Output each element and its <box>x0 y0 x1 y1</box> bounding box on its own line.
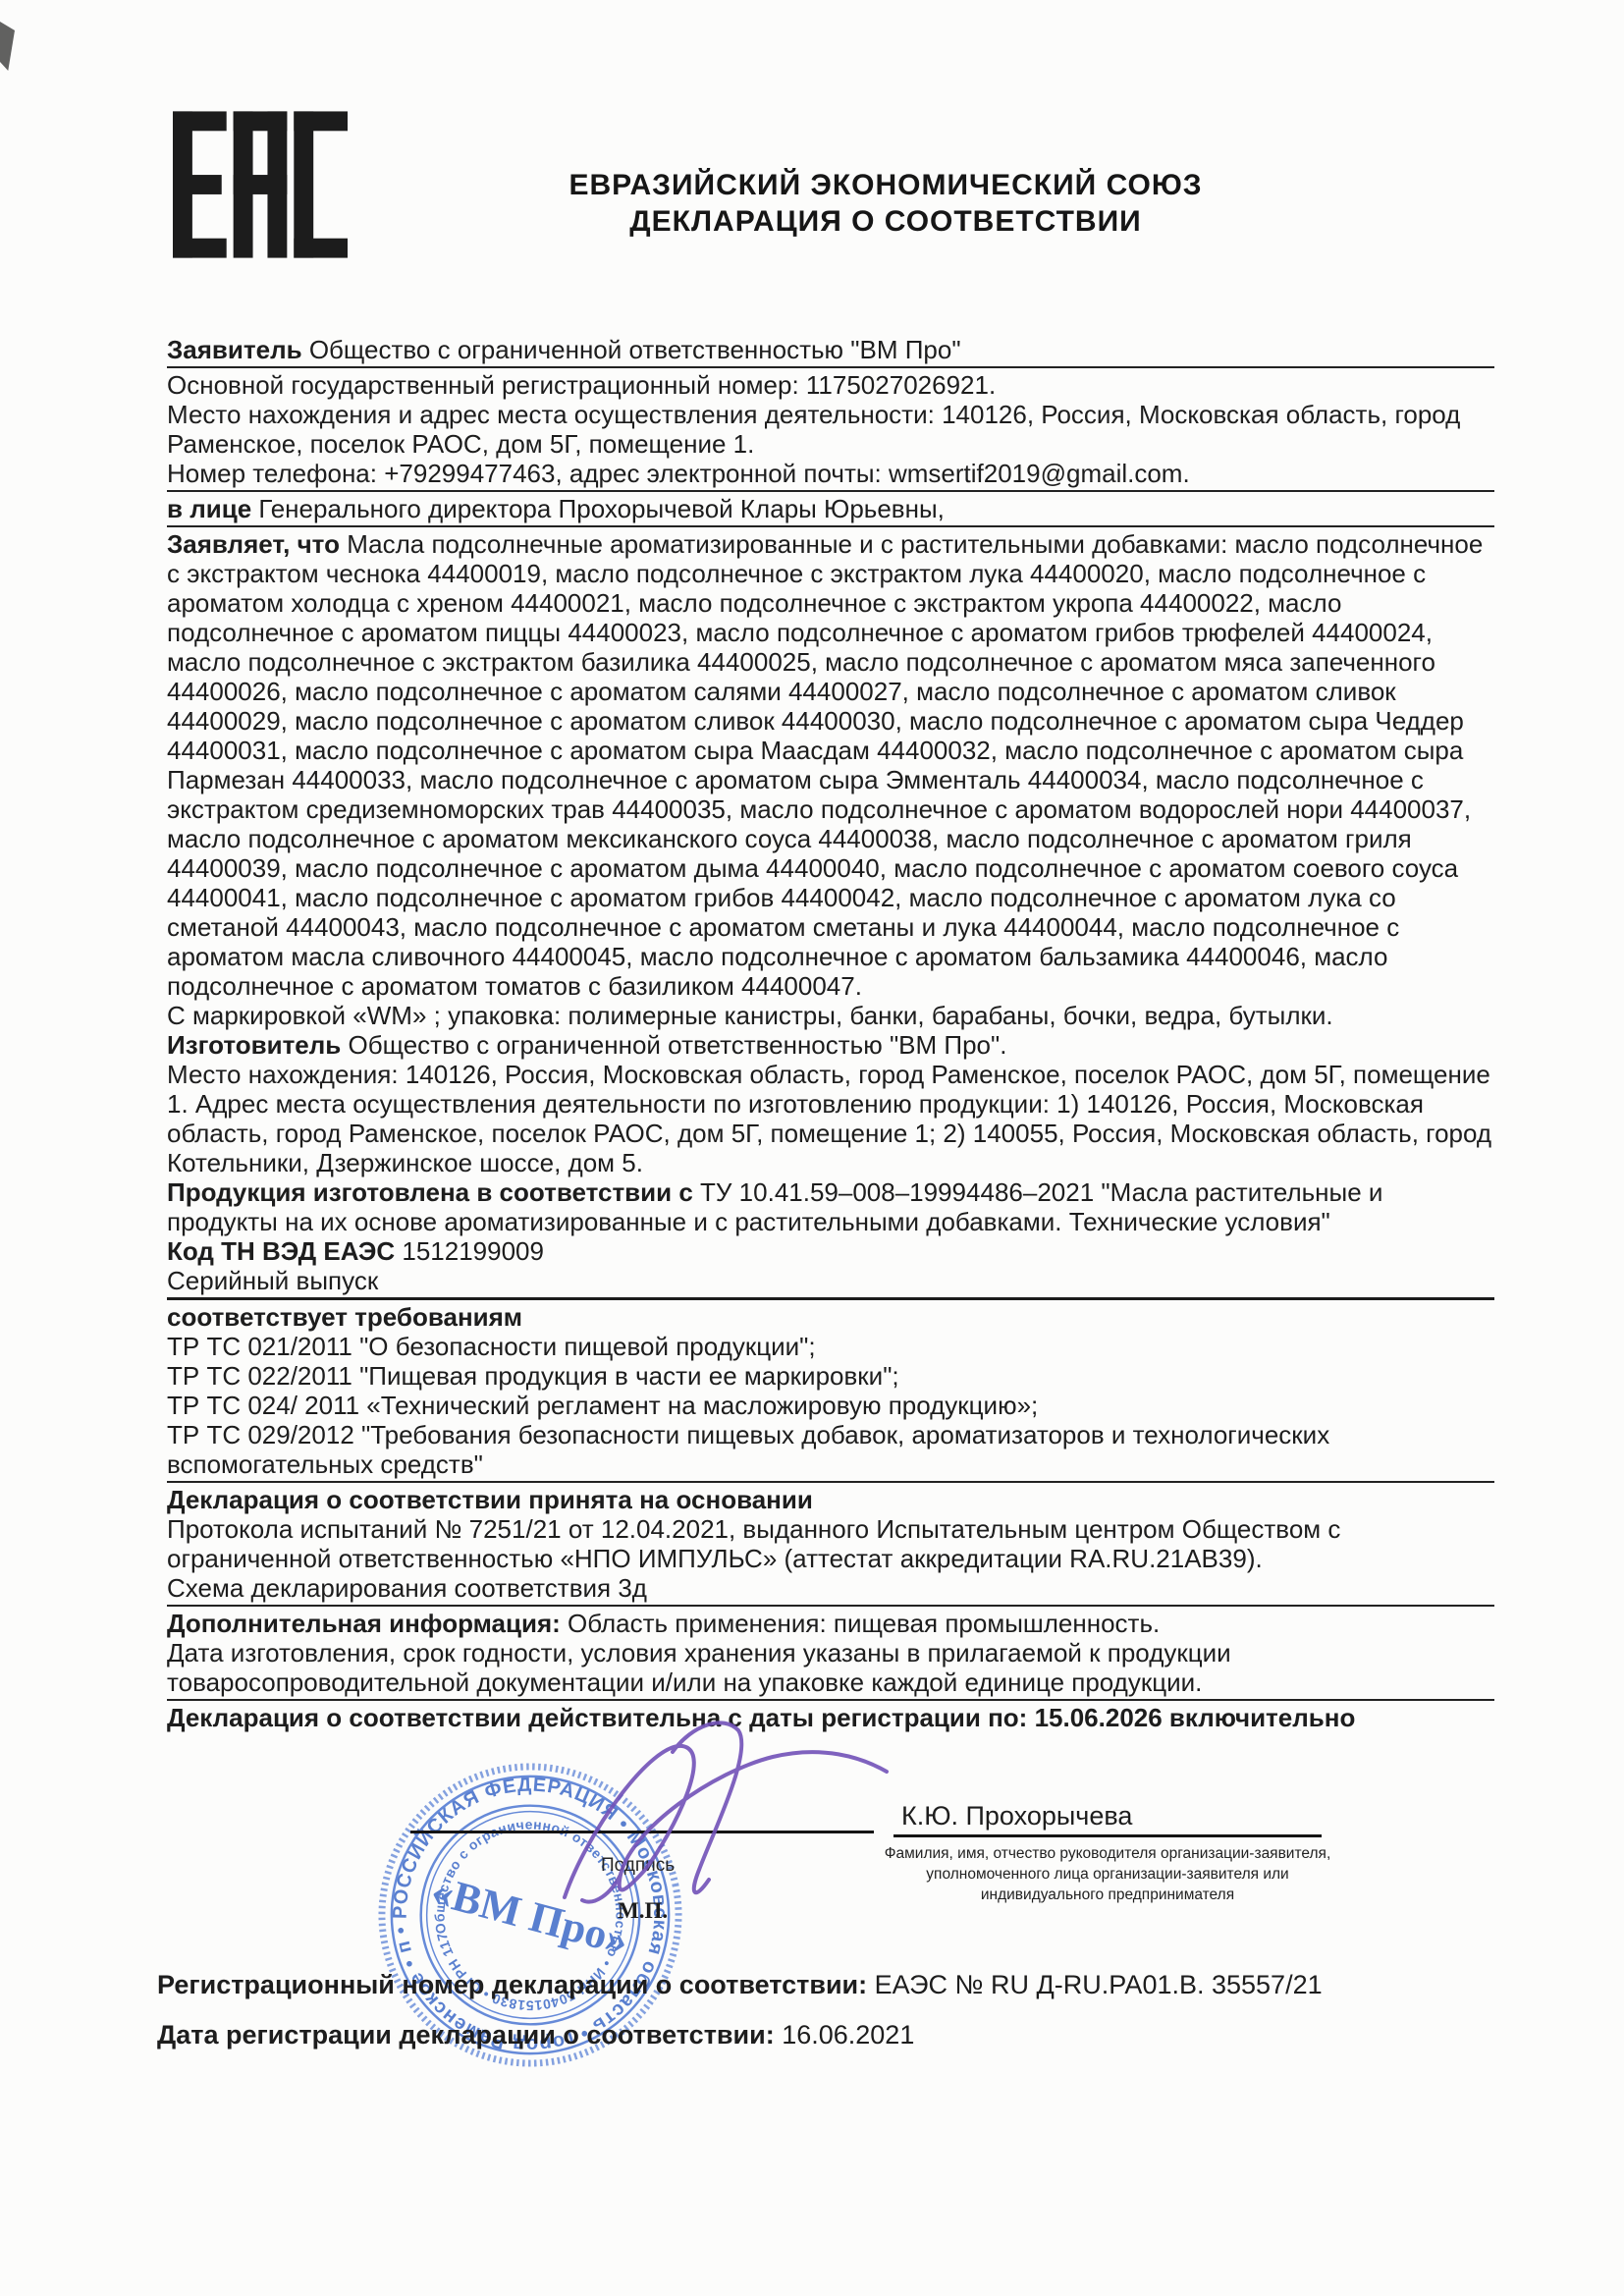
marking-line: С маркировкой «WM» ; упаковка: полимерны… <box>167 1001 1494 1030</box>
manufacturer-label: Изготовитель <box>167 1030 341 1060</box>
phone-email-line: Номер телефона: +79299477463, адрес элек… <box>167 459 1494 488</box>
declares-label: Заявляет, что <box>167 529 340 559</box>
handwritten-signature <box>525 1711 898 1917</box>
basis-text: Протокола испытаний № 7251/21 от 12.04.2… <box>167 1514 1494 1573</box>
document-title: ЕВРАЗИЙСКИЙ ЭКОНОМИЧЕСКИЙ СОЮЗ ДЕКЛАРАЦИ… <box>395 167 1377 240</box>
declaration-document-page: ЕВРАЗИЙСКИЙ ЭКОНОМИЧЕСКИЙ СОЮЗ ДЕКЛАРАЦИ… <box>0 0 1624 2296</box>
produced-per-label: Продукция изготовлена в соответствии с <box>167 1177 693 1207</box>
regulation-line: ТР ТС 029/2012 "Требования безопасности … <box>167 1420 1494 1479</box>
divider <box>167 490 1494 492</box>
produced-per-line: Продукция изготовлена в соответствии с Т… <box>167 1177 1494 1236</box>
signer-caption-line3: индивидуального предпринимателя <box>882 1885 1333 1905</box>
title-line-2: ДЕКЛАРАЦИЯ О СООТВЕТСТВИИ <box>395 203 1377 240</box>
ogrn-line: Основной государственный регистрационный… <box>167 370 1494 400</box>
scan-corner-artifact <box>0 22 15 71</box>
declares-paragraph: Заявляет, что Масла подсолнечные аромати… <box>167 529 1494 1001</box>
registration-date-line: Дата регистрации декларации о соответств… <box>157 2020 914 2050</box>
title-line-1: ЕВРАЗИЙСКИЙ ЭКОНОМИЧЕСКИЙ СОЮЗ <box>395 167 1377 203</box>
represented-by-line: в лице Генерального директора Прохорычев… <box>167 494 1494 523</box>
divider <box>167 366 1494 368</box>
regulation-line: ТР ТС 021/2011 "О безопасности пищевой п… <box>167 1332 1494 1361</box>
declaration-body: Заявитель Общество с ограниченной ответс… <box>167 335 1494 1732</box>
declares-products: Масла подсолнечные ароматизированные и с… <box>167 529 1483 1001</box>
additional-info-line: Дополнительная информация: Область приме… <box>167 1609 1494 1638</box>
signer-caption: Фамилия, имя, отчество руководителя орга… <box>882 1843 1333 1905</box>
claimant-value: Общество с ограниченной ответственностью… <box>302 335 961 364</box>
represented-by-value: Генерального директора Прохорычевой Клар… <box>251 494 945 523</box>
signer-caption-line1: Фамилия, имя, отчество руководителя орга… <box>882 1843 1333 1864</box>
signer-caption-line2: уполномоченного лица организации-заявите… <box>882 1864 1333 1885</box>
tn-ved-line: Код ТН ВЭД ЕАЭС 1512199009 <box>167 1236 1494 1266</box>
claimant-label: Заявитель <box>167 335 302 364</box>
manufacturer-address-line: Место нахождения: 140126, Россия, Москов… <box>167 1060 1494 1177</box>
registration-date-label: Дата регистрации декларации о соответств… <box>157 2020 775 2050</box>
additional-info-value: Область применения: пищевая промышленнос… <box>561 1609 1160 1638</box>
claimant-line: Заявитель Общество с ограниченной ответс… <box>167 335 1494 364</box>
additional-info-line2: Дата изготовления, срок годности, услови… <box>167 1638 1494 1697</box>
divider <box>167 1699 1494 1701</box>
registration-number-label: Регистрационный номер декларации о соотв… <box>157 1970 867 1999</box>
scheme-line: Схема декларирования соответствия 3д <box>167 1573 1494 1603</box>
divider <box>167 1297 1494 1300</box>
signer-name: К.Ю. Прохорычева <box>901 1801 1132 1831</box>
manufacturer-value: Общество с ограниченной ответственностью… <box>341 1030 1006 1060</box>
eac-logo <box>173 110 348 259</box>
tn-ved-label: Код ТН ВЭД ЕАЭС <box>167 1236 395 1266</box>
validity-value: 15.06.2026 включительно <box>1027 1703 1355 1732</box>
divider <box>167 1481 1494 1483</box>
represented-by-label: в лице <box>167 494 251 523</box>
claimant-address-line: Место нахождения и адрес места осуществл… <box>167 400 1494 459</box>
basis-heading: Декларация о соответствии принята на осн… <box>167 1485 1494 1514</box>
tn-ved-value: 1512199009 <box>395 1236 544 1266</box>
registration-number-line: Регистрационный номер декларации о соотв… <box>157 1970 1323 2000</box>
registration-number-value: ЕАЭС № RU Д-RU.РА01.В. 35557/21 <box>867 1970 1322 1999</box>
registration-date-value: 16.06.2021 <box>775 2020 915 2050</box>
divider <box>167 1605 1494 1607</box>
manufacturer-line: Изготовитель Общество с ограниченной отв… <box>167 1030 1494 1060</box>
complies-heading: соответствует требованиям <box>167 1302 1494 1332</box>
additional-info-label: Дополнительная информация: <box>167 1609 561 1638</box>
serial-line: Серийный выпуск <box>167 1266 1494 1295</box>
divider <box>167 525 1494 527</box>
signer-name-underline <box>893 1834 1322 1837</box>
regulation-line: ТР ТС 024/ 2011 «Технический регламент н… <box>167 1391 1494 1420</box>
regulation-line: ТР ТС 022/2011 "Пищевая продукция в част… <box>167 1361 1494 1391</box>
